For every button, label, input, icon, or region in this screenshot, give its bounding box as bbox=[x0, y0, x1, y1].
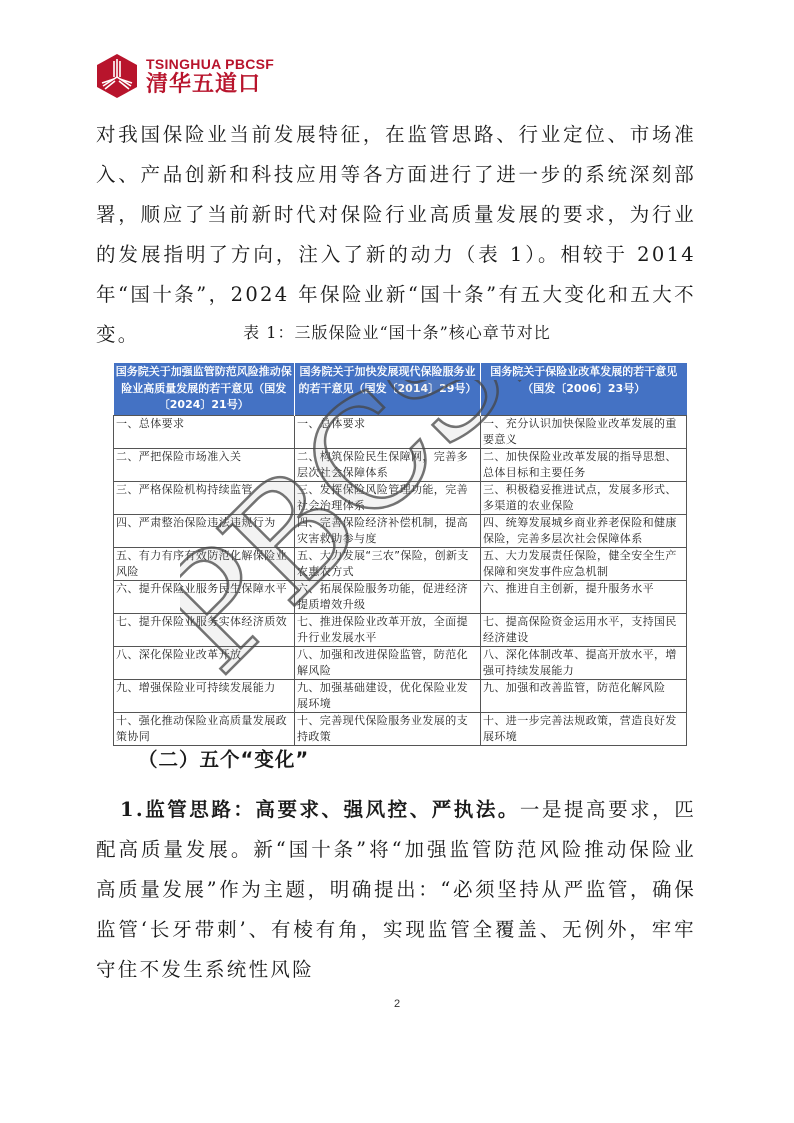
table-header-row: 国务院关于加强监管防范风险推动保险业高质量发展的若干意见（国发〔2024〕21号… bbox=[114, 363, 687, 415]
table-cell: 八、加强和改进保险监管，防范化解风险 bbox=[295, 646, 481, 679]
table-cell: 五、大力发展责任保险，健全安全生产保障和突发事件应急机制 bbox=[481, 547, 687, 580]
table-caption: 表 1：三版保险业“国十条”核心章节对比 bbox=[0, 320, 794, 343]
table-cell: 二、构筑保险民生保障网，完善多层次社会保障体系 bbox=[295, 448, 481, 481]
logo-chinese-text: 清华五道口 bbox=[146, 74, 274, 96]
table-cell: 八、深化保险业改革开放 bbox=[114, 646, 295, 679]
table-cell: 六、拓展保险服务功能，促进经济提质增效升级 bbox=[295, 580, 481, 613]
table-cell: 十、完善现代保险服务业发展的支持政策 bbox=[295, 712, 481, 745]
table-cell: 一、总体要求 bbox=[114, 415, 295, 448]
table-cell: 六、推进自主创新，提升服务水平 bbox=[481, 580, 687, 613]
section-heading: （二）五个“变化” bbox=[138, 744, 309, 772]
table-cell: 三、积极稳妥推进试点，发展多形式、多渠道的农业保险 bbox=[481, 481, 687, 514]
table-cell: 六、提升保险业服务民生保障水平 bbox=[114, 580, 295, 613]
table-row: 一、总体要求一、总体要求一、充分认识加快保险业改革发展的重要意义 bbox=[114, 415, 687, 448]
column-header-2014: 国务院关于加快发展现代保险服务业的若干意见（国发〔2014〕29号） bbox=[295, 363, 481, 415]
pbcsf-logo-icon bbox=[96, 53, 138, 99]
table-row: 五、有力有序有效防范化解保险业风险五、大力发展“三农”保险，创新支农惠农方式五、… bbox=[114, 547, 687, 580]
point1-text: 一是提高要求，匹配高质量发展。新“国十条”将“加强监管防范风险推动保险业高质量发… bbox=[96, 798, 696, 981]
table-row: 十、强化推动保险业高质量发展政策协同十、完善现代保险服务业发展的支持政策十、进一… bbox=[114, 712, 687, 745]
table-row: 七、提升保险业服务实体经济质效七、推进保险业改革开放，全面提升行业发展水平七、提… bbox=[114, 613, 687, 646]
table-cell: 八、深化体制改革、提高开放水平，增强可持续发展能力 bbox=[481, 646, 687, 679]
point1-paragraph: 1.监管思路：高要求、强风控、严执法。一是提高要求，匹配高质量发展。新“国十条”… bbox=[96, 790, 696, 990]
column-header-2024: 国务院关于加强监管防范风险推动保险业高质量发展的若干意见（国发〔2024〕21号… bbox=[114, 363, 295, 415]
table-row: 三、严格保险机构持续监管三、发挥保险风险管理功能，完善社会治理体系三、积极稳妥推… bbox=[114, 481, 687, 514]
table-row: 九、增强保险业可持续发展能力九、加强基础建设，优化保险业发展环境九、加强和改善监… bbox=[114, 679, 687, 712]
table-cell: 五、有力有序有效防范化解保险业风险 bbox=[114, 547, 295, 580]
table-cell: 七、推进保险业改革开放，全面提升行业发展水平 bbox=[295, 613, 481, 646]
table-cell: 三、严格保险机构持续监管 bbox=[114, 481, 295, 514]
table-cell: 十、进一步完善法规政策，营造良好发展环境 bbox=[481, 712, 687, 745]
table-row: 八、深化保险业改革开放八、加强和改进保险监管，防范化解风险八、深化体制改革、提高… bbox=[114, 646, 687, 679]
table-cell: 二、加快保险业改革发展的指导思想、总体目标和主要任务 bbox=[481, 448, 687, 481]
table-cell: 七、提升保险业服务实体经济质效 bbox=[114, 613, 295, 646]
brand-logo: TSINGHUA PBCSF 清华五道口 bbox=[96, 50, 274, 102]
table-row: 二、严把保险市场准入关二、构筑保险民生保障网，完善多层次社会保障体系二、加快保险… bbox=[114, 448, 687, 481]
table-cell: 九、加强基础建设，优化保险业发展环境 bbox=[295, 679, 481, 712]
comparison-table: 国务院关于加强监管防范风险推动保险业高质量发展的若干意见（国发〔2024〕21号… bbox=[113, 363, 687, 746]
column-header-2006: 国务院关于保险业改革发展的若干意见（国发〔2006〕23号） bbox=[481, 363, 687, 415]
page-number: 2 bbox=[0, 998, 794, 1010]
table-row: 四、严肃整治保险违法违规行为四、完善保险经济补偿机制，提高灾害救助参与度四、统筹… bbox=[114, 514, 687, 547]
table-cell: 十、强化推动保险业高质量发展政策协同 bbox=[114, 712, 295, 745]
table-cell: 四、严肃整治保险违法违规行为 bbox=[114, 514, 295, 547]
table-cell: 四、统筹发展城乡商业养老保险和健康保险，完善多层次社会保障体系 bbox=[481, 514, 687, 547]
table-cell: 三、发挥保险风险管理功能，完善社会治理体系 bbox=[295, 481, 481, 514]
table-cell: 二、严把保险市场准入关 bbox=[114, 448, 295, 481]
point1-title: 1.监管思路：高要求、强风控、严执法。 bbox=[120, 798, 520, 821]
table-cell: 一、充分认识加快保险业改革发展的重要意义 bbox=[481, 415, 687, 448]
logo-english-text: TSINGHUA PBCSF bbox=[146, 57, 274, 71]
table-cell: 七、提高保险资金运用水平，支持国民经济建设 bbox=[481, 613, 687, 646]
table-cell: 九、加强和改善监管，防范化解风险 bbox=[481, 679, 687, 712]
table-cell: 四、完善保险经济补偿机制，提高灾害救助参与度 bbox=[295, 514, 481, 547]
table-cell: 九、增强保险业可持续发展能力 bbox=[114, 679, 295, 712]
table-row: 六、提升保险业服务民生保障水平六、拓展保险服务功能，促进经济提质增效升级六、推进… bbox=[114, 580, 687, 613]
table-cell: 五、大力发展“三农”保险，创新支农惠农方式 bbox=[295, 547, 481, 580]
table-cell: 一、总体要求 bbox=[295, 415, 481, 448]
intro-paragraph: 对我国保险业当前发展特征，在监管思路、行业定位、市场准入、产品创新和科技应用等各… bbox=[96, 115, 696, 355]
